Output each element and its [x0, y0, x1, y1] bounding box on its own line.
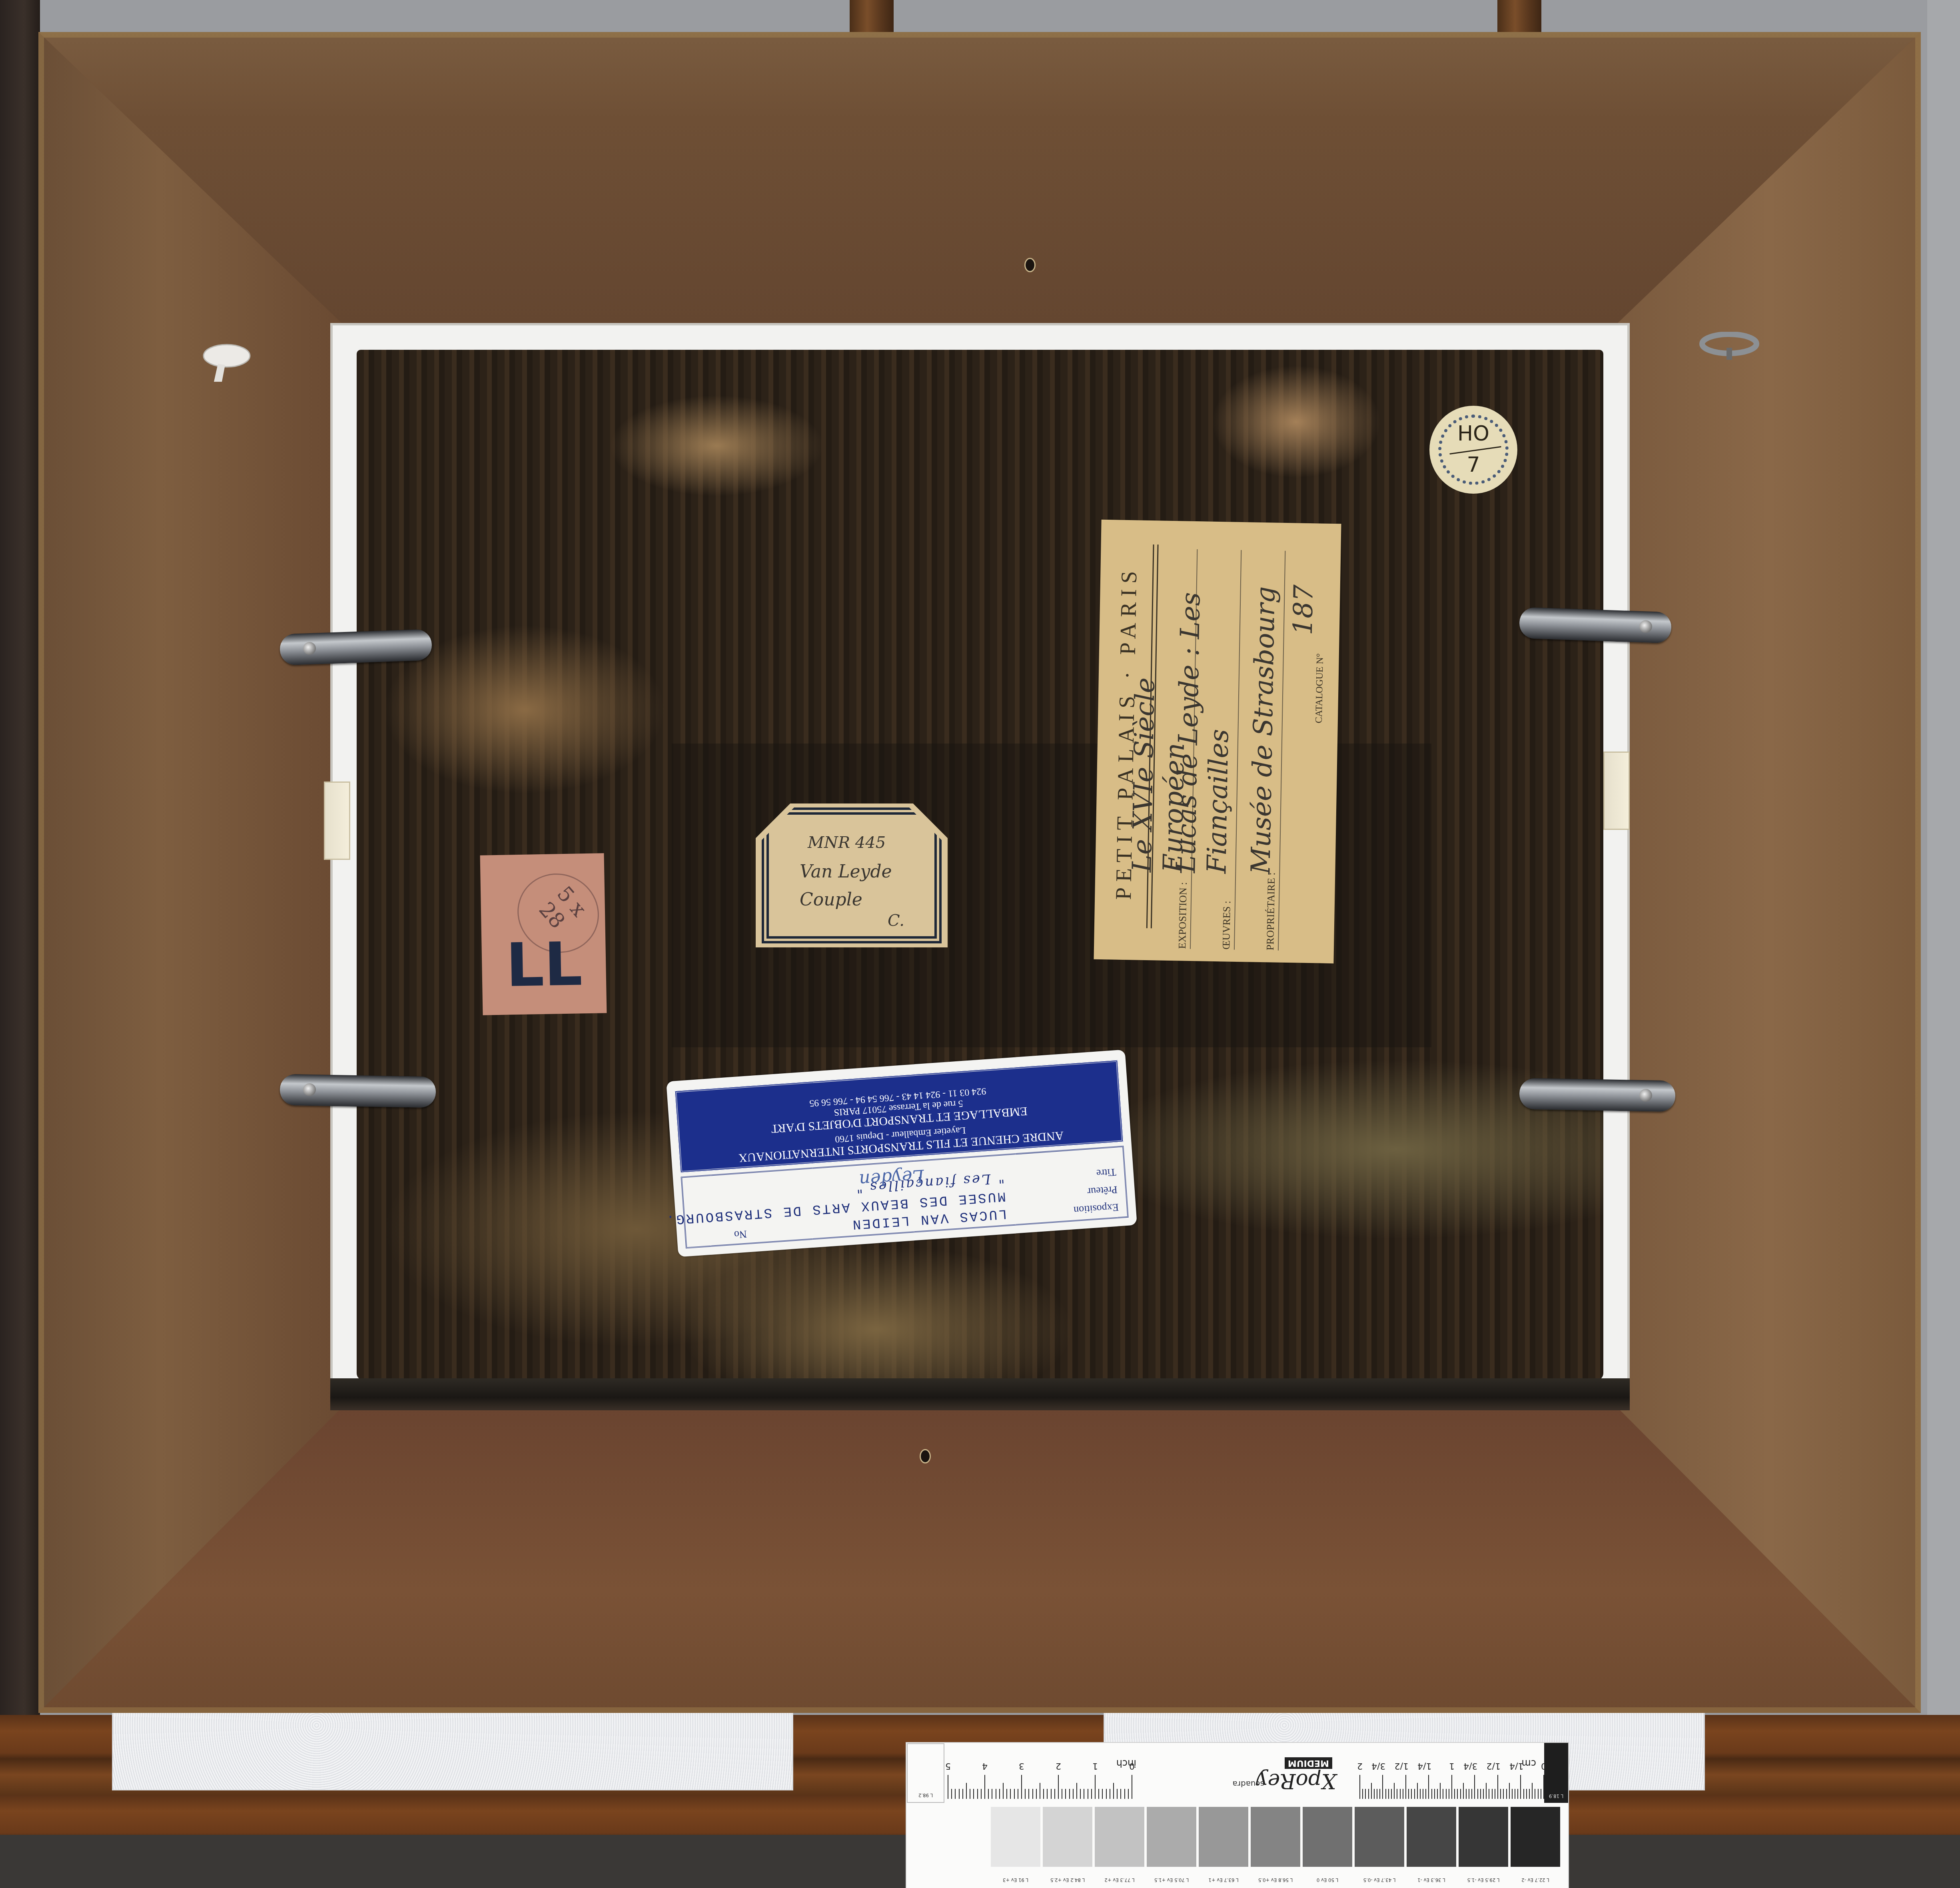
- ruler-tick: [1047, 1789, 1048, 1799]
- ruler-number: 2: [1056, 1761, 1061, 1771]
- ruler-tick: [955, 1789, 956, 1799]
- ruler-tick: [1483, 1789, 1484, 1799]
- field-label: Titre: [1096, 1166, 1117, 1179]
- ruler-tick: [1124, 1789, 1125, 1799]
- ruler-tick: [1374, 1789, 1375, 1799]
- ruler-tick: [966, 1783, 967, 1799]
- grey-swatch: L 36.3 Ev -1: [1407, 1807, 1456, 1867]
- ruler-tick: [970, 1789, 970, 1799]
- ruler-tick: [1425, 1789, 1426, 1799]
- petit-palais-field-row: PROPRIÉTAIRE : Musée de Strasbourg: [1242, 550, 1285, 950]
- ruler-number: 4: [982, 1761, 988, 1771]
- ruler-tick: [1477, 1789, 1478, 1799]
- ruler-tick: [1095, 1775, 1096, 1799]
- ruler-number: 3/4: [1463, 1761, 1477, 1771]
- ruler-number: 3/4: [1371, 1761, 1385, 1771]
- grey-scale-color-target: L 22.7 Ev -2 L 29.5 Ev -1.5 L 36.3 Ev -1…: [906, 1742, 1569, 1888]
- ruler-tick: [1032, 1789, 1033, 1799]
- ruler-tick: [1471, 1789, 1472, 1799]
- ruler-number: 5: [945, 1761, 951, 1771]
- ruler-tick: [988, 1789, 989, 1799]
- ruler-tick: [1517, 1789, 1518, 1799]
- grey-swatch: L 29.5 Ev -1.5: [1459, 1807, 1508, 1867]
- ruler-tick: [1463, 1783, 1464, 1799]
- ruler-tick: [1451, 1775, 1452, 1799]
- ruler-tick: [1489, 1789, 1489, 1799]
- brand-logo: XpoRey: [1256, 1769, 1336, 1793]
- ruler-tick: [1084, 1789, 1084, 1799]
- ring-hook-icon: [1699, 332, 1759, 364]
- ruler-tick: [1021, 1775, 1022, 1799]
- background-wall: [1927, 0, 1960, 1888]
- ruler-tick: [959, 1789, 960, 1799]
- ruler-number: 0: [1541, 1761, 1547, 1771]
- ruler-tick: [1434, 1789, 1435, 1799]
- field-label: Prêteur: [1087, 1184, 1118, 1198]
- ruler-tick: [1385, 1789, 1386, 1799]
- ruler-tick: [1088, 1789, 1088, 1799]
- nail-hole: [1024, 258, 1036, 272]
- ruler-tick: [1040, 1783, 1040, 1799]
- ruler-unit-inch: inch: [1116, 1758, 1136, 1769]
- ruler-tick: [1080, 1789, 1081, 1799]
- ruler-tick: [1025, 1789, 1026, 1799]
- ruler-tick: [1532, 1783, 1533, 1799]
- roundel-top-text: HO: [1429, 422, 1517, 446]
- ruler-tick: [1073, 1789, 1074, 1799]
- field-label: Exposition: [1073, 1202, 1119, 1216]
- field-label: PROPRIÉTAIRE :: [1264, 872, 1277, 951]
- nail-hole: [920, 1449, 931, 1463]
- ruler-tick: [1460, 1789, 1461, 1799]
- ruler-cm: 012345: [948, 1767, 1132, 1799]
- frame-bottom-rail: [38, 1407, 1921, 1713]
- grey-swatch: L 84.2 Ev +2.5: [1043, 1807, 1092, 1867]
- ruler-tick: [1411, 1789, 1412, 1799]
- frame-top-rail: [38, 32, 1921, 324]
- ruler-tick: [1110, 1789, 1110, 1799]
- ruler-tick: [1065, 1789, 1066, 1799]
- ruler-tick: [951, 1789, 952, 1799]
- ruler-tick: [1394, 1783, 1395, 1799]
- mnr-label-border: [762, 807, 942, 943]
- ruler-tick: [984, 1775, 985, 1799]
- ruler-tick: [1526, 1789, 1527, 1799]
- ruler-tick: [981, 1789, 982, 1799]
- ruler-tick: [1466, 1789, 1467, 1799]
- ruler-tick: [1054, 1789, 1055, 1799]
- ruler-number: 1/2: [1487, 1761, 1501, 1771]
- ruler-tick: [1403, 1789, 1403, 1799]
- frame-rebate-bottom: [330, 1378, 1630, 1410]
- field-label: EXPOSITION :: [1176, 882, 1190, 949]
- roundel-bottom-text: 7: [1429, 453, 1517, 477]
- ruler-number: 1/2: [1395, 1761, 1409, 1771]
- pink-label-mark: LL: [505, 929, 583, 1000]
- catalogue-number-value: 187: [1287, 584, 1319, 635]
- roundel-label: HO 7: [1429, 406, 1517, 494]
- ruler-tick: [1391, 1789, 1392, 1799]
- ruler-tick: [1379, 1789, 1380, 1799]
- ruler-tick: [1043, 1789, 1044, 1799]
- ruler-tick: [948, 1775, 948, 1799]
- ruler-tick: [1400, 1789, 1401, 1799]
- petit-palais-exhibition-label: PETIT PALAIS · PARIS EXPOSITION : Le XVI…: [1094, 520, 1341, 963]
- ruler-tick: [1010, 1789, 1011, 1799]
- ruler-tick: [1365, 1789, 1366, 1799]
- ruler-tick: [1076, 1783, 1077, 1799]
- grey-swatch: L 70.5 Ev +1.5: [1147, 1807, 1196, 1867]
- field-label: ŒUVRES :: [1220, 901, 1233, 950]
- ruler-tick: [1506, 1789, 1507, 1799]
- ruler-number: 1: [1449, 1761, 1455, 1771]
- ruler-inch: 01/41/23/411/41/23/42: [1360, 1767, 1544, 1799]
- ruler-tick: [977, 1789, 978, 1799]
- ruler-tick: [1113, 1783, 1114, 1799]
- ruler-tick: [1132, 1775, 1132, 1799]
- wood-spacer-block: [1603, 752, 1630, 830]
- ruler-tick: [1120, 1789, 1121, 1799]
- number-field-label: No: [734, 1228, 747, 1241]
- ruler-tick: [962, 1789, 963, 1799]
- ruler-tick: [1446, 1789, 1447, 1799]
- ruler-tick: [1431, 1789, 1432, 1799]
- ruler-tick: [1469, 1789, 1469, 1799]
- ruler-tick: [1541, 1789, 1541, 1799]
- ruler-tick: [996, 1789, 996, 1799]
- ruler-tick: [1523, 1789, 1524, 1799]
- ruler-tick: [1512, 1789, 1513, 1799]
- ruler-tick: [1486, 1783, 1487, 1799]
- ruler-tick: [1515, 1789, 1515, 1799]
- ruler-tick: [1500, 1789, 1501, 1799]
- ruler-tick: [1028, 1789, 1029, 1799]
- ruler-tick: [1509, 1783, 1510, 1799]
- retaining-clip: [279, 629, 432, 665]
- ruler-tick: [1497, 1775, 1498, 1799]
- ruler-unit-cm: cm: [1521, 1758, 1536, 1769]
- ruler-tick: [1449, 1789, 1449, 1799]
- ruler-number: 2: [1357, 1761, 1363, 1771]
- ruler-tick: [1018, 1789, 1018, 1799]
- black-patch: L 18.9: [1544, 1743, 1568, 1803]
- ruler-tick: [1128, 1789, 1129, 1799]
- ruler-number: 1: [1092, 1761, 1098, 1771]
- retaining-clip: [279, 1074, 436, 1108]
- grey-swatch: L 77.3 Ev +2: [1095, 1807, 1144, 1867]
- ruler-tick: [1417, 1783, 1418, 1799]
- white-patch: L 98.2: [907, 1743, 944, 1803]
- ruler-tick: [1405, 1775, 1406, 1799]
- pink-inventory-label: 5 x 28 LL: [480, 853, 607, 1015]
- size-badge: MEDIUM: [1285, 1757, 1332, 1769]
- ruler-tick: [1503, 1789, 1504, 1799]
- ruler-tick: [1475, 1775, 1475, 1799]
- ruler-tick: [1437, 1789, 1438, 1799]
- grey-swatch: L 63.7 Ev +1: [1199, 1807, 1248, 1867]
- ruler-tick: [1098, 1789, 1099, 1799]
- ruler-tick: [1051, 1789, 1052, 1799]
- grey-swatch: L 43.7 Ev -0.5: [1355, 1807, 1404, 1867]
- ruler-tick: [1106, 1789, 1107, 1799]
- field-value: Lucas de Leyde : Les Fiançailles: [1170, 549, 1237, 874]
- ruler-tick: [1495, 1789, 1495, 1799]
- ruler-tick: [1480, 1789, 1481, 1799]
- ruler-tick: [1423, 1789, 1423, 1799]
- retaining-clip: [1519, 1078, 1675, 1112]
- ruler-tick: [1036, 1789, 1037, 1799]
- ruler-tick: [1359, 1775, 1360, 1799]
- ruler-tick: [1058, 1775, 1059, 1799]
- ruler-tick: [1457, 1789, 1458, 1799]
- catalogue-number-label: CATALOGUE N°: [1314, 653, 1326, 723]
- grey-swatch: L 56.8 Ev +0.5: [1251, 1807, 1300, 1867]
- ruler-tick: [1014, 1789, 1015, 1799]
- grey-swatch: L 91 Ev +3: [991, 1807, 1040, 1867]
- grey-swatch: L 50 Ev 0: [1303, 1807, 1352, 1867]
- ruler-tick: [999, 1789, 1000, 1799]
- petit-palais-field-row: ŒUVRES : Lucas de Leyde : Les Fiançaille…: [1198, 549, 1241, 949]
- transport-company-label: Exposition LUCAS VAN LEIDEN Prêteur MUSE…: [666, 1049, 1137, 1257]
- ruler-tick: [1492, 1789, 1493, 1799]
- ruler-tick: [1371, 1783, 1372, 1799]
- ruler-tick: [1538, 1789, 1539, 1799]
- wood-spacer-block: [324, 782, 350, 860]
- ruler-tick: [1414, 1789, 1415, 1799]
- ruler-tick: [1069, 1789, 1070, 1799]
- ruler-tick: [1408, 1789, 1409, 1799]
- ruler-tick: [1521, 1775, 1521, 1799]
- ruler-tick: [1091, 1789, 1092, 1799]
- field-value: Musée de Strasbourg: [1245, 586, 1281, 874]
- ruler-tick: [1543, 1775, 1544, 1799]
- ruler-tick: [1003, 1783, 1004, 1799]
- ruler-tick: [1454, 1789, 1455, 1799]
- hook-icon: [202, 342, 254, 386]
- ruler-tick: [1440, 1783, 1441, 1799]
- ruler-tick: [1429, 1775, 1429, 1799]
- ruler-tick: [1443, 1789, 1443, 1799]
- grey-swatch: L 22.7 Ev -2: [1511, 1807, 1560, 1867]
- ruler-tick: [1102, 1789, 1103, 1799]
- retaining-clip: [1519, 607, 1672, 643]
- ruler-tick: [1529, 1789, 1530, 1799]
- ruler-number: 1/4: [1417, 1761, 1431, 1771]
- ruler-number: 3: [1019, 1761, 1024, 1771]
- ruler-tick: [992, 1789, 992, 1799]
- ruler-tick: [1535, 1789, 1535, 1799]
- ruler-tick: [1420, 1789, 1421, 1799]
- ruler-tick: [1362, 1789, 1363, 1799]
- ruler-tick: [1117, 1789, 1118, 1799]
- ruler-tick: [1397, 1789, 1397, 1799]
- ruler-tick: [1006, 1789, 1007, 1799]
- easel-left-upright: [0, 0, 40, 1888]
- ruler-tick: [973, 1789, 974, 1799]
- ruler-tick: [1377, 1789, 1377, 1799]
- ruler-tick: [1383, 1775, 1383, 1799]
- ruler-tick: [1368, 1789, 1369, 1799]
- ruler-tick: [1388, 1789, 1389, 1799]
- ruler-tick: [1062, 1789, 1062, 1799]
- brand-subtitle: scuadra: [1232, 1779, 1264, 1789]
